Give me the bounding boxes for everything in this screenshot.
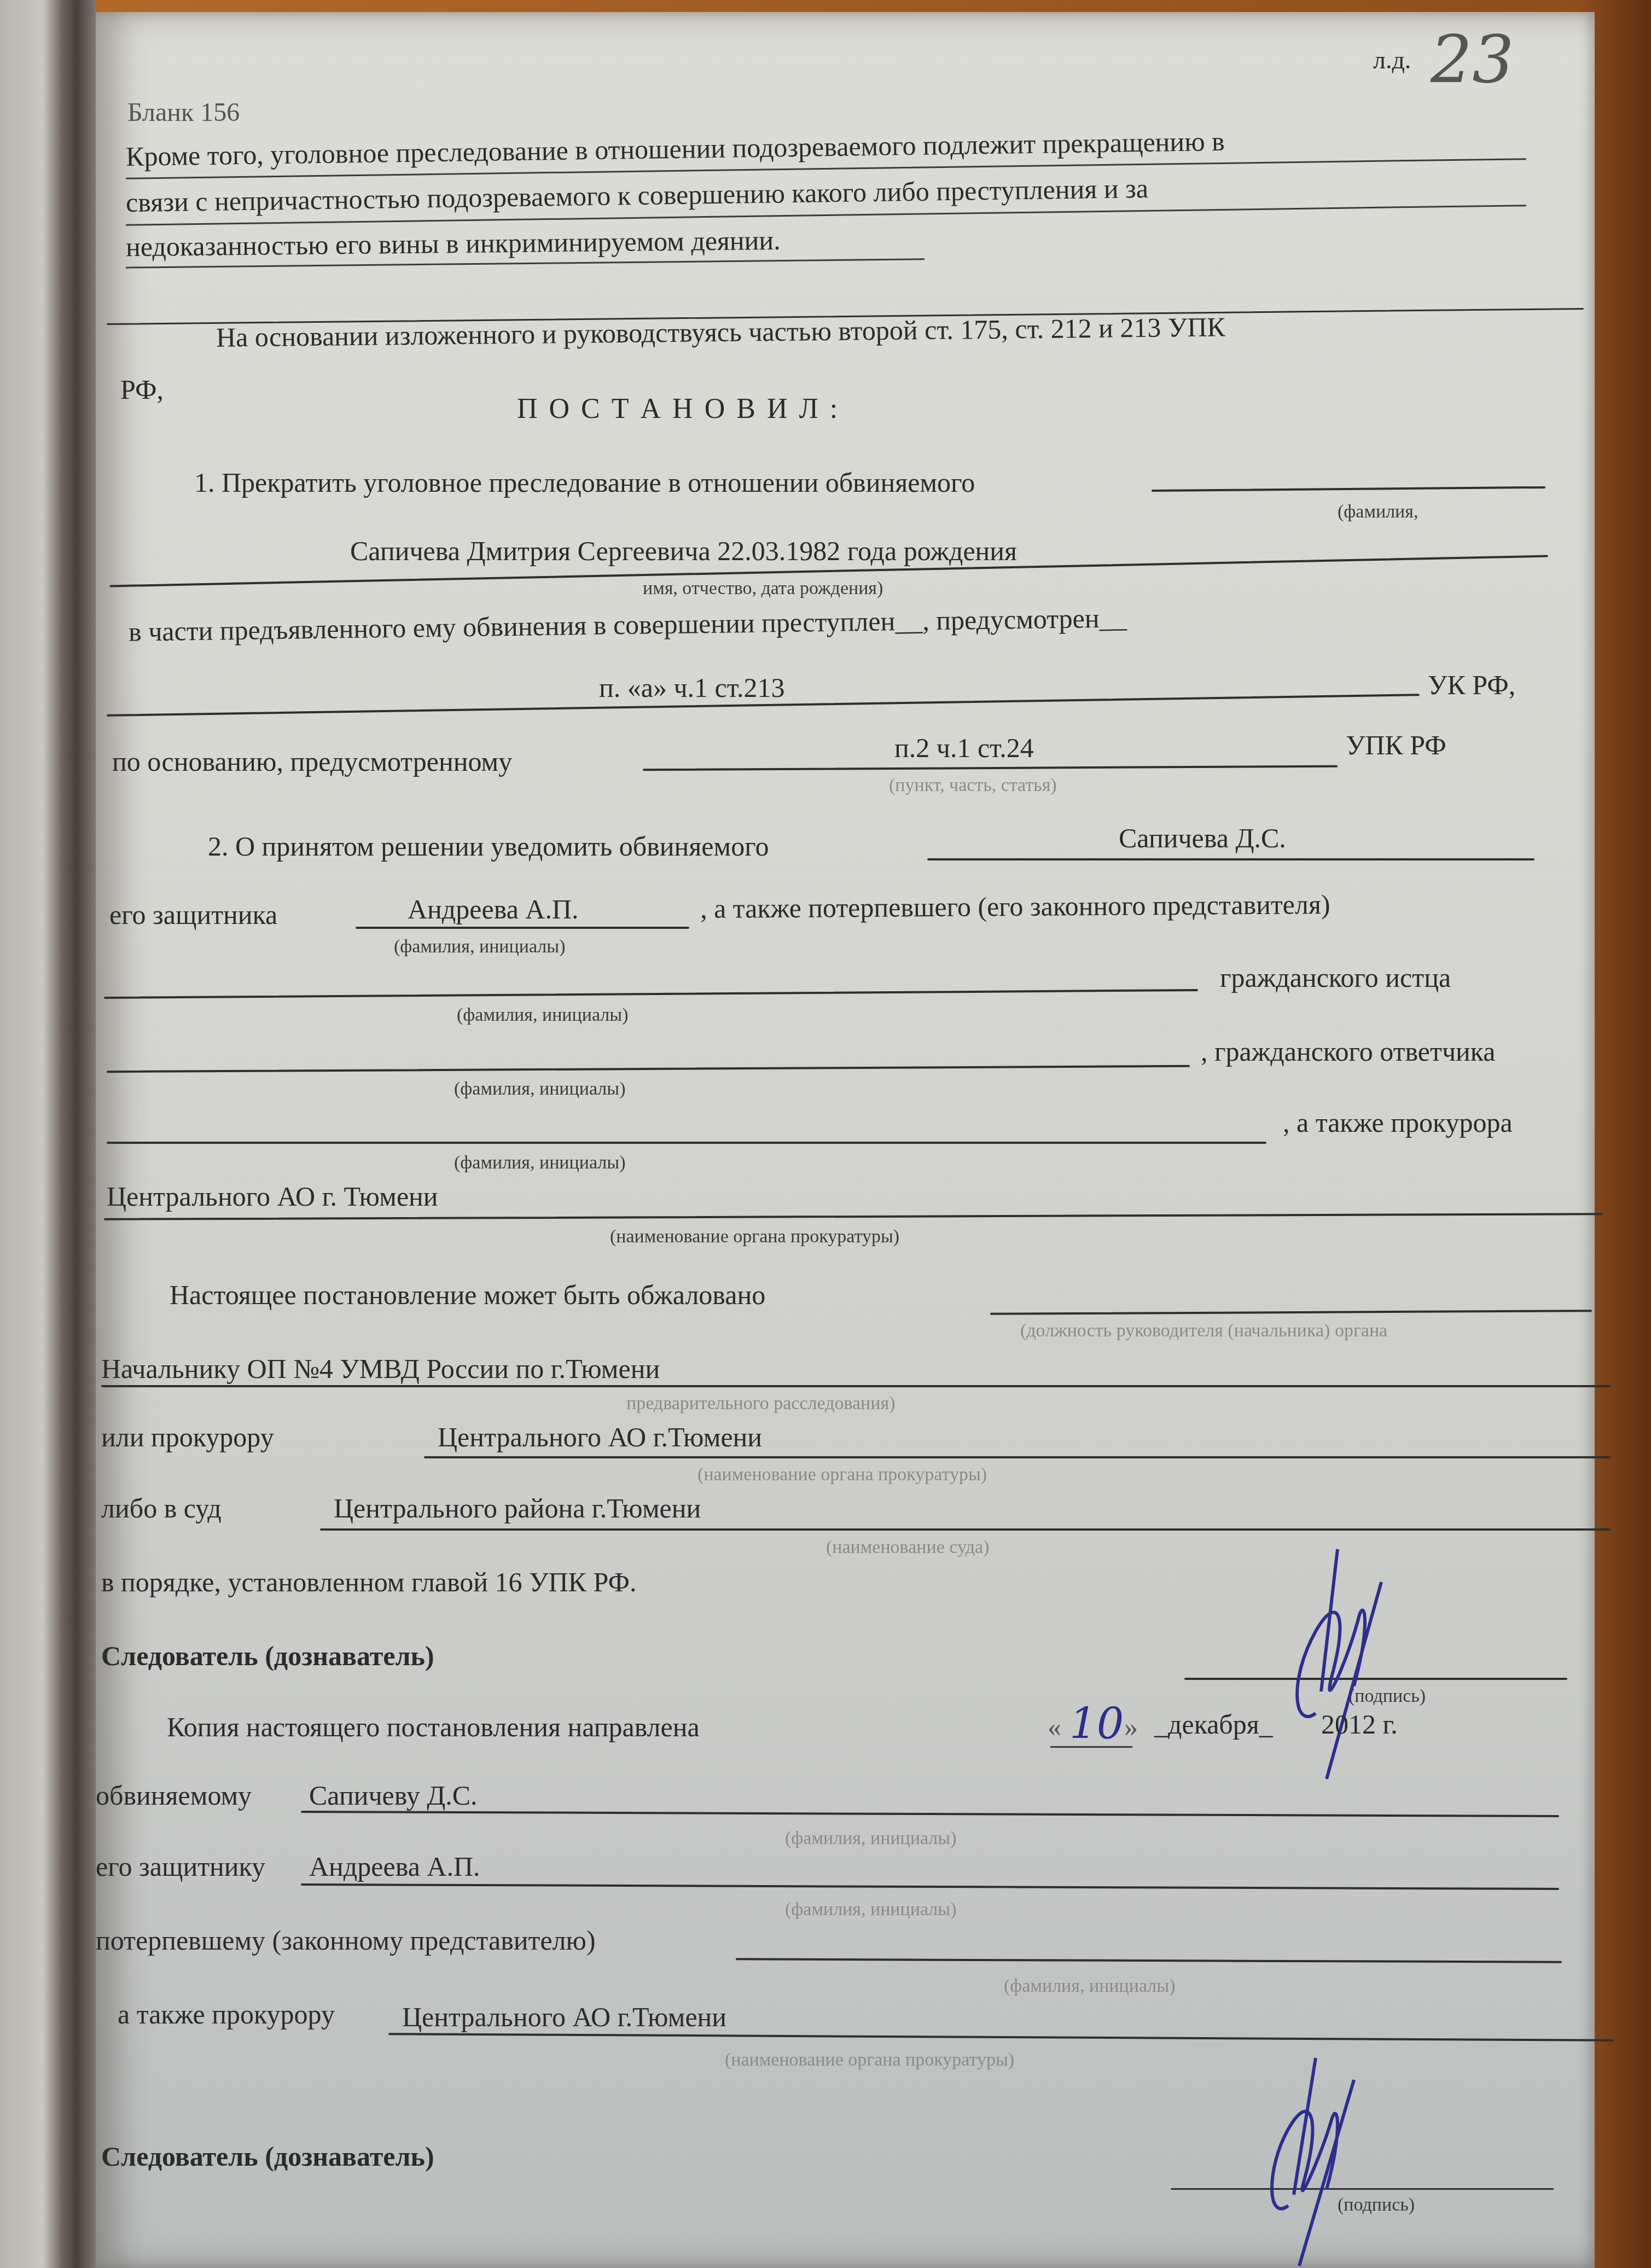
form-name: Бланк 156 xyxy=(127,100,240,126)
charge-article: п. «а» ч.1 ст.213 xyxy=(599,674,784,701)
appeal-head-line xyxy=(990,1310,1592,1315)
copy-defender-label: его защитнику xyxy=(96,1853,265,1880)
charge-code: УК РФ, xyxy=(1428,671,1515,699)
copy-day-open-quote: « xyxy=(1048,1713,1061,1741)
appeal-court-label: либо в суд xyxy=(101,1494,222,1522)
table-surface-right xyxy=(1585,0,1651,2268)
copy-accused-line xyxy=(301,1811,1559,1817)
ground-article-line xyxy=(643,765,1338,771)
appeal-prosecutor-line xyxy=(424,1456,1611,1458)
copy-prosecutor-line xyxy=(388,2033,1614,2042)
appeal-prosecutor-caption: (наименование органа прокуратуры) xyxy=(697,1464,987,1485)
signature2-icon xyxy=(1234,2058,1409,2268)
victim-caption: (фамилия, инициалы) xyxy=(454,1153,625,1173)
copy-year: 2012 г. xyxy=(1321,1711,1398,1738)
appeal-court: Центрального района г.Тюмени xyxy=(334,1494,701,1522)
signature1-icon xyxy=(1255,1549,1431,1782)
charge-text: в части предъявленного ему обвинения в с… xyxy=(129,604,1127,645)
copy-accused: Сапичеву Д.С. xyxy=(309,1782,478,1809)
accused-full-name: Сапичева Дмитрия Сергеевича 22.03.1982 г… xyxy=(350,537,1017,565)
copy-prosecutor-caption: (наименование органа прокуратуры) xyxy=(725,2050,1014,2071)
basis-line-2: РФ, xyxy=(120,376,164,403)
page-number-label: л.д. xyxy=(1373,48,1411,73)
defender-name: Андреева А.П. xyxy=(408,895,579,923)
copy-defender-caption: (фамилия, инициалы) xyxy=(785,1899,956,1920)
prosecutor-label: , а также прокурора xyxy=(1283,1109,1513,1136)
appeal-court-caption: (наименование суда) xyxy=(826,1537,990,1558)
document-page: л.д. 23 Бланк 156 Кроме того, уголовное … xyxy=(96,12,1595,2268)
intro-line-1: Кроме того, уголовное преследование в от… xyxy=(126,127,1225,170)
appeal-prosecutor: Центрального АО г.Тюмени xyxy=(438,1423,762,1451)
civil-defendant-caption: (фамилия, инициалы) xyxy=(454,1079,625,1100)
appeal-head-value-line xyxy=(101,1385,1611,1387)
copy-defender: Андреева А.П. xyxy=(309,1853,480,1880)
copy-accused-caption: (фамилия, инициалы) xyxy=(785,1828,956,1849)
copy-text: Копия настоящего постановления направлен… xyxy=(167,1713,700,1741)
copy-prosecutor: Центрального АО г.Тюмени xyxy=(402,2003,726,2031)
copy-day: 10 xyxy=(1069,1700,1124,1749)
civil-plaintiff-label: гражданского истца xyxy=(1220,964,1451,991)
prosecutor-office: Центрального АО г. Тюмени xyxy=(107,1183,438,1210)
appeal-court-line xyxy=(320,1528,1611,1531)
intro-line-3: недоказанностью его вины в инкриминируем… xyxy=(126,226,781,261)
defender-line xyxy=(356,927,689,929)
item1-text: 1. Прекратить уголовное преследование в … xyxy=(194,469,975,496)
accused-name-caption: имя, отчество, дата рождения) xyxy=(643,578,883,599)
intro-line-2: связи с непричастностью подозреваемого к… xyxy=(126,175,1149,216)
victim-text: , а также потерпевшего (его законного пр… xyxy=(700,891,1330,922)
defender-label: его защитника xyxy=(109,901,277,928)
copy-accused-label: обвиняемому xyxy=(96,1782,252,1809)
binder-edge xyxy=(0,0,96,2268)
civil-plaintiff-caption: (фамилия, инициалы) xyxy=(457,1005,628,1026)
prosecutor-office-caption: (наименование органа прокуратуры) xyxy=(610,1226,899,1247)
page-number-value: 23 xyxy=(1431,22,1514,98)
civil-plaintiff-line xyxy=(104,989,1198,999)
copy-defender-line xyxy=(301,1883,1559,1890)
investigator-label: Следователь (дознаватель) xyxy=(101,1642,434,1670)
copy-day-line xyxy=(1050,1746,1132,1748)
copy-month: _декабря_ xyxy=(1154,1711,1273,1738)
appeal-head: Начальнику ОП №4 УМВД России по г.Тюмени xyxy=(101,1355,660,1382)
copy-day-close-quote: » xyxy=(1124,1713,1138,1741)
appeal-head-caption-2: предварительного расследования) xyxy=(626,1393,895,1414)
item2-text: 2. О принятом решении уведомить обвиняем… xyxy=(208,833,769,860)
ground-label: по основанию, предусмотренному xyxy=(112,748,512,775)
item1-surname-caption: (фамилия, xyxy=(1338,502,1418,522)
ground-article: п.2 ч.1 ст.24 xyxy=(894,734,1034,761)
item1-surname-line xyxy=(1152,486,1545,492)
copy-victim-label: потерпевшему (законному представителю) xyxy=(96,1927,596,1954)
appeal-text: Настоящее постановление может быть обжал… xyxy=(170,1281,765,1309)
appeal-prosecutor-label: или прокурору xyxy=(101,1423,274,1451)
basis-line-1: На основании изложенного и руководствуяс… xyxy=(216,313,1225,351)
victim-line xyxy=(107,1142,1266,1144)
civil-defendant-line xyxy=(107,1065,1190,1073)
notify-accused-line xyxy=(927,858,1534,860)
notify-accused-name: Сапичева Д.С. xyxy=(1119,824,1286,852)
appeal-order-text: в порядке, установленном главой 16 УПК Р… xyxy=(101,1568,636,1596)
investigator-label-2: Следователь (дознаватель) xyxy=(101,2143,434,2170)
resolution-heading: П О С Т А Н О В И Л : xyxy=(517,395,840,423)
copy-victim-line xyxy=(736,1958,1562,1963)
civil-defendant-label: , гражданского ответчика xyxy=(1201,1038,1496,1065)
copy-victim-caption: (фамилия, инициалы) xyxy=(1004,1976,1175,1997)
copy-prosecutor-label: а также прокурору xyxy=(118,2001,335,2028)
ground-caption: (пункт, часть, статья) xyxy=(889,775,1057,796)
defender-caption: (фамилия, инициалы) xyxy=(394,937,565,957)
appeal-head-caption: (должность руководителя (начальника) орг… xyxy=(1020,1321,1387,1341)
ground-code: УПК РФ xyxy=(1346,731,1446,759)
prosecutor-office-line xyxy=(104,1213,1603,1220)
